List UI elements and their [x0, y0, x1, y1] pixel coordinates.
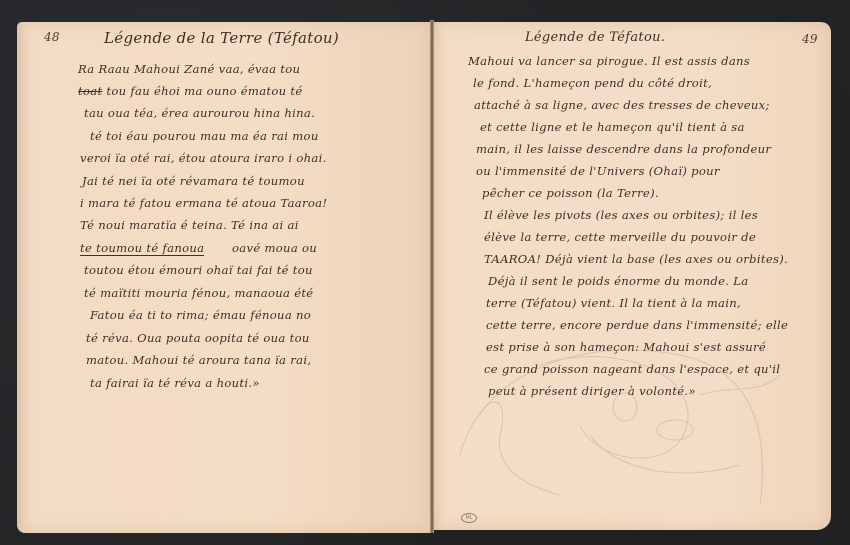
right-line-5: main, il les laisse descendre dans la pr…	[476, 138, 771, 161]
left-page-number: 48	[44, 30, 60, 44]
right-line-6: ou l'immensité de l'Univers (Ohaï) pour	[476, 160, 720, 183]
underlined-text: te toumou té fanoua	[80, 241, 204, 256]
right-line-13: cette terre, encore perdue dans l'immens…	[486, 314, 788, 337]
page-edge	[17, 22, 25, 533]
left-line-15: ta fairai ïa té réva a houti.»	[90, 372, 260, 395]
right-line-4: et cette ligne et le hameçon qu'il tient…	[480, 116, 745, 139]
left-line-8: Té noui maratïa é teina. Té ina ai ai	[80, 214, 299, 237]
right-line-3: attaché à sa ligne, avec des tresses de …	[474, 94, 770, 117]
show-through-sketch	[440, 335, 840, 515]
left-line-3: tau oua téa, érea aurourou hina hina.	[84, 102, 315, 125]
book-gutter	[430, 20, 434, 533]
left-line-10: toutou étou émouri ohaï tai fai té tou	[84, 259, 313, 282]
left-line-1: Ra Raau Mahoui Zané vaa, évaa tou	[78, 58, 300, 81]
left-line-9-rest: oavé moua ou	[232, 237, 317, 260]
left-line-12: Fatou éa ti to rima; émau fénoua no	[90, 304, 311, 327]
right-line-12: terre (Téfatou) vient. Il la tient à la …	[486, 292, 741, 315]
struck-word: toat	[78, 84, 102, 98]
right-line-10: TAAROA! Déjà vient la base (les axes ou …	[484, 248, 788, 271]
left-line-2: toat tou fau éhoi ma ouno ématou té	[78, 80, 303, 103]
right-page-title: Légende de Téfatou.	[525, 30, 665, 45]
left-line-13: té réva. Oua pouta oopita té oua tou	[86, 327, 310, 350]
right-line-11: Déjà il sent le poids énorme du monde. L…	[488, 270, 748, 293]
right-line-7: pêcher ce poisson (la Terre).	[482, 182, 659, 205]
right-line-8: Il élève les pivots (les axes ou orbites…	[484, 204, 758, 227]
left-line-14: matou. Mahoui té aroura tana ïa rai,	[86, 349, 311, 372]
left-page-title: Légende de la Terre (Téfatou)	[104, 29, 339, 47]
left-line-4: té toi éau pourou mau ma éa rai mou	[90, 125, 319, 148]
right-line-1: Mahoui va lancer sa pirogue. Il est assi…	[468, 50, 750, 73]
left-line-9: te toumou té fanoua	[80, 237, 204, 260]
left-line-5: veroi ïa oté rai, étou atoura iraro i oh…	[80, 147, 327, 170]
left-line-6: Jai té nei ïa oté révamara té toumou	[82, 170, 305, 193]
right-page-number: 49	[802, 32, 818, 46]
library-stamp: ML	[461, 513, 477, 523]
right-line-2: le fond. L'hameçon pend du côté droit,	[473, 72, 712, 95]
left-line-11: té maïtiti mouria fénou, manaoua été	[84, 282, 313, 305]
left-line-7: i mara té fatou ermana té atoua Taaroa!	[80, 192, 327, 215]
right-line-9: élève la terre, cette merveille du pouvo…	[484, 226, 756, 249]
